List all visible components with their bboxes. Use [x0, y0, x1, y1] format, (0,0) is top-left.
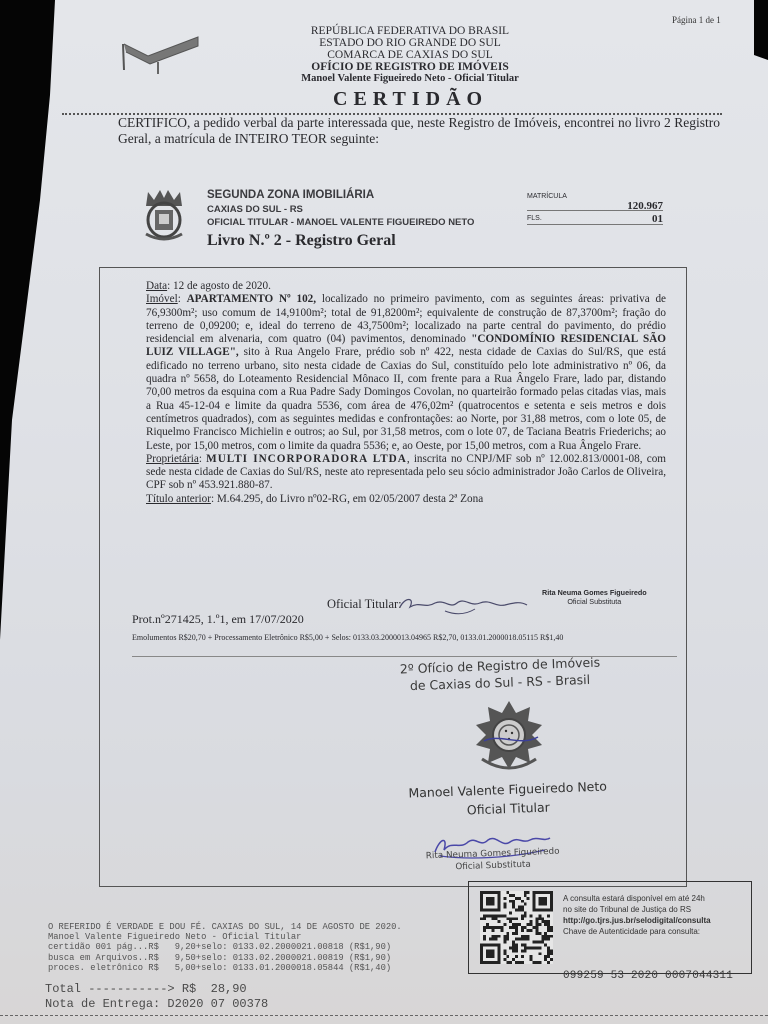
registry-logo-icon: [120, 34, 202, 74]
signature-icon: [395, 593, 535, 615]
document-title: CERTIDÃO: [333, 88, 488, 111]
verification-text: A consulta estará disponível em até 24h …: [563, 893, 743, 937]
brazil-seal-icon: [470, 697, 548, 775]
header-block: REPÚBLICA FEDERATIVA DO BRASIL ESTADO DO…: [290, 25, 530, 85]
totals: Total -----------> R$ 28,90Nota de Entre…: [45, 982, 268, 1012]
verification-link[interactable]: http://go.tjrs.jus.br/selodigital/consul…: [563, 915, 743, 926]
zone-officer: OFICIAL TITULAR - MANOEL VALENTE FIGUEIR…: [207, 216, 474, 229]
zone-name: SEGUNDA ZONA IMOBILIÁRIA: [207, 188, 474, 203]
record-property: Imóvel: APARTAMENTO Nº 102, localizado n…: [146, 293, 666, 453]
fees-summary: O REFERIDO É VERDADE E DOU FÉ. CAXIAS DO…: [48, 922, 402, 973]
attest-line: O REFERIDO É VERDADE E DOU FÉ. CAXIAS DO…: [48, 922, 402, 932]
fls-label: FLS.: [527, 211, 663, 222]
zone-city: CAXIAS DO SUL - RS: [207, 203, 474, 216]
record-owner: Proprietária: MULTI INCORPORADORA LTDA, …: [146, 453, 666, 493]
substitute-block: Rita Neuma Gomes Figueiredo Oficial Subs…: [542, 588, 647, 606]
substitute-name: Rita Neuma Gomes Figueiredo: [542, 588, 647, 597]
registry-header: SEGUNDA ZONA IMOBILIÁRIA CAXIAS DO SUL -…: [207, 188, 474, 229]
record-prior-title: Título anterior: M.64.295, do Livro nº02…: [146, 493, 666, 506]
protocol-number: Prot.nº271425, 1.º1, em 17/07/2020: [132, 612, 304, 627]
total-line: Total -----------> R$ 28,90: [45, 982, 268, 997]
intro-paragraph: CERTIFICO, a pedido verbal da parte inte…: [118, 115, 720, 147]
record-body: Data: 12 de agosto de 2020. Imóvel: APAR…: [146, 280, 666, 506]
header-republic: REPÚBLICA FEDERATIVA DO BRASIL: [290, 25, 530, 37]
qr-code-icon[interactable]: [480, 890, 553, 965]
substitute-role: Oficial Substituta: [542, 597, 647, 606]
authentication-key: 099259 53 2020 0007044311: [563, 970, 733, 982]
stamp-officer: Manoel Valente Figueiredo Neto Oficial T…: [407, 777, 608, 822]
matricula-label: MATRÍCULA: [527, 193, 663, 200]
official-label: Oficial Titular:: [327, 597, 402, 612]
stamp-substitute: Rita Neuma Gomes Figueiredo Oficial Subs…: [426, 846, 561, 875]
signer-line: Manoel Valente Figueiredo Neto - Oficial…: [48, 932, 402, 942]
fees-line: Emolumentos R$20,70 + Processamento Elet…: [132, 632, 672, 643]
matricula-box: MATRÍCULA 120.967 FLS. 01: [527, 193, 663, 225]
header-office: OFÍCIO DE REGISTRO DE IMÓVEIS: [290, 61, 530, 73]
fls-value: 01: [652, 213, 663, 225]
record-date: Data: 12 de agosto de 2020.: [146, 280, 666, 293]
page-number: Página 1 de 1: [672, 15, 721, 25]
fee-line: proces. eletrônico R$ 5,00+selo: 0133.01…: [48, 963, 402, 973]
header-state: ESTADO DO RIO GRANDE DO SUL: [290, 37, 530, 49]
office-stamp: 2º Ofício de Registro de Imóveis de Caxi…: [385, 657, 615, 691]
fee-line: busca em Arquivos..R$ 9,50+selo: 0133.02…: [48, 953, 402, 963]
bottom-divider: [0, 1015, 768, 1016]
coat-of-arms-icon: [140, 186, 188, 242]
header-comarca: COMARCA DE CAXIAS DO SUL: [290, 49, 530, 61]
header-officer: Manoel Valente Figueiredo Neto - Oficial…: [290, 73, 530, 85]
fee-line: certidão 001 pág...R$ 9,20+selo: 0133.02…: [48, 942, 402, 952]
delivery-note: Nota de Entrega: D2020 07 00378: [45, 997, 268, 1012]
book-title: Livro N.º 2 - Registro Geral: [207, 232, 396, 250]
